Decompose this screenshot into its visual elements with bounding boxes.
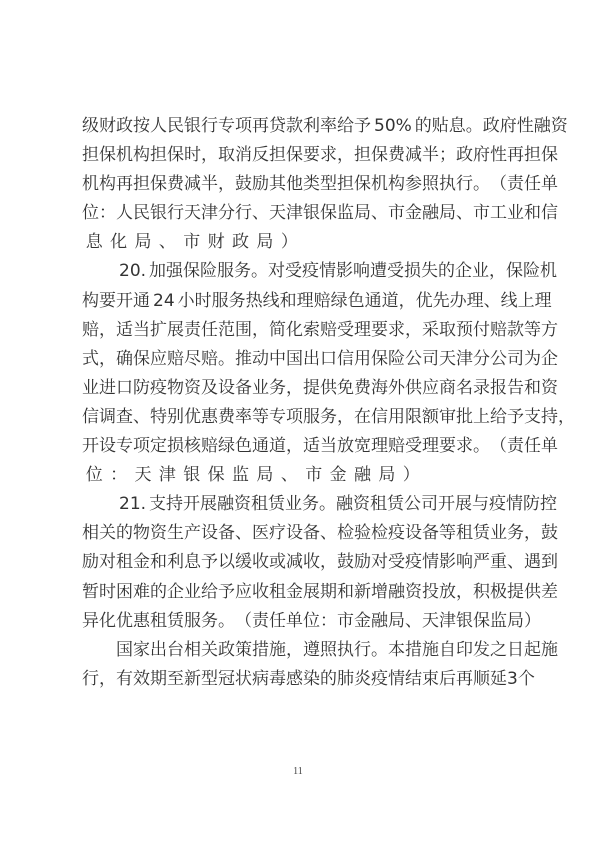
text-line: 异化优惠租赁服务。（责任单位：市金融局、天津银保监局） [82, 607, 522, 636]
text-line: 20.加强保险服务。对受疫情影响遭受损失的企业，保险机 [82, 257, 522, 286]
text-line: 级财政按人民银行专项再贷款利率给予50%的贴息。政府性融资 [82, 112, 522, 141]
text-line: 业进口防疫物资及设备业务，提供免费海外供应商名录报告和资 [82, 374, 522, 403]
text-line: 位：天津银保监局、市金融局） [82, 461, 522, 490]
text-line: 信调查、特别优惠费率等专项服务，在信用限额审批上给予支持， [82, 403, 522, 432]
text-line: 赔，适当扩展责任范围，简化索赔受理要求，采取预付赔款等方 [82, 316, 522, 345]
text-line: 担保机构担保时，取消反担保要求，担保费减半；政府性再担保 [82, 141, 522, 170]
text-line: 机构再担保费减半，鼓励其他类型担保机构参照执行。（责任单 [82, 170, 522, 199]
text-line: 21.支持开展融资租赁业务。融资租赁公司开展与疫情防控 [82, 490, 522, 519]
text-line: 构要开通24小时服务热线和理赔绿色通道，优先办理、线上理 [82, 287, 522, 316]
text-line: 开设专项定损核赔绿色通道，适当放宽理赔受理要求。（责任单 [82, 432, 522, 461]
text-line: 励对租金和利息予以缓收或减收，鼓励对受疫情影响严重、遇到 [82, 548, 522, 577]
document-body: 级财政按人民银行专项再贷款利率给予50%的贴息。政府性融资担保机构担保时，取消反… [82, 112, 522, 694]
text-line: 暂时困难的企业给予应收租金展期和新增融资投放，积极提供差 [82, 578, 522, 607]
text-line: 相关的物资生产设备、医疗设备、检验检疫设备等租赁业务，鼓 [82, 519, 522, 548]
page-number: 11 [0, 766, 596, 777]
text-line: 位：人民银行天津分行、天津银保监局、市金融局、市工业和信 [82, 199, 522, 228]
text-line: 息化局、市财政局） [82, 228, 522, 257]
text-line: 式，确保应赔尽赔。推动中国出口信用保险公司天津分公司为企 [82, 345, 522, 374]
text-line: 国家出台相关政策措施，遵照执行。本措施自印发之日起施 [82, 636, 522, 665]
text-line: 行，有效期至新型冠状病毒感染的肺炎疫情结束后再顺延3个 [82, 665, 522, 694]
